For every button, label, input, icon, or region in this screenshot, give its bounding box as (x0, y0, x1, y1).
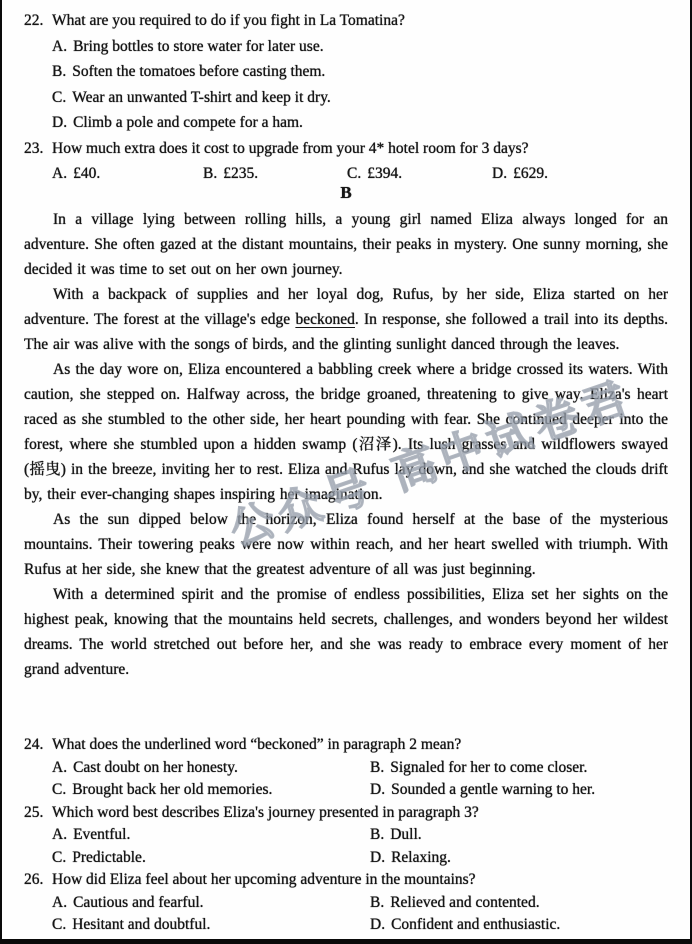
question-24: 24.What does the underlined word “beckon… (2, 734, 690, 802)
question-text: What does the underlined word “beckoned”… (52, 736, 461, 753)
question-number: 22. (24, 8, 52, 34)
option-text: Sounded a gentle warning to her. (391, 781, 595, 798)
bottom-questions: 24.What does the underlined word “beckon… (2, 734, 690, 937)
option-B: B.Dull. (370, 824, 422, 847)
passage-paragraph: As the sun dipped below the horizon, Eli… (24, 507, 668, 582)
option-A: A.Bring bottles to store water for later… (2, 34, 690, 60)
question-line: 22.What are you required to do if you fi… (2, 8, 690, 34)
option-label: C. (52, 781, 66, 798)
option-C: C.Hesitant and doubtful. (52, 914, 370, 937)
question-line: 26.How did Eliza feel about her upcoming… (2, 869, 690, 892)
question-number: 26. (24, 869, 52, 892)
options-row: C.Predictable.D.Relaxing. (2, 847, 690, 870)
passage-text: In a village lying between rolling hills… (24, 211, 668, 278)
option-text: Hesitant and doubtful. (72, 916, 210, 933)
passage-paragraph: With a determined spirit and the promise… (24, 582, 668, 682)
question-26: 26.How did Eliza feel about her upcoming… (2, 869, 690, 937)
option-label: B. (52, 63, 66, 80)
question-line: 25.Which word best describes Eliza's jou… (2, 802, 690, 825)
option-D: D.Climb a pole and compete for a ham. (2, 110, 690, 136)
option-text: Relaxing. (391, 849, 451, 866)
passage-paragraph: With a backpack of supplies and her loya… (24, 282, 668, 357)
option-C: C.Brought back her old memories. (52, 779, 370, 802)
question-text: What are you required to do if you fight… (52, 12, 405, 29)
option-text: Brought back her old memories. (72, 781, 272, 798)
option-C: C.Wear an unwanted T-shirt and keep it d… (2, 85, 690, 111)
option-text: Cautious and fearful. (73, 894, 203, 911)
options-row: A.Cast doubt on her honesty.B.Signaled f… (2, 757, 690, 780)
exam-page: 22.What are you required to do if you fi… (0, 0, 692, 944)
passage-paragraph: In a village lying between rolling hills… (24, 207, 668, 282)
reading-passage: In a village lying between rolling hills… (24, 207, 668, 735)
option-A: A.Eventful. (52, 824, 370, 847)
option-label: C. (52, 89, 66, 106)
option-label: B. (370, 826, 384, 843)
option-label: C. (52, 849, 66, 866)
option-label: C. (347, 165, 361, 182)
option-D: D.Relaxing. (370, 847, 451, 870)
option-text: Confident and enthusiastic. (391, 916, 560, 933)
question-25: 25.Which word best describes Eliza's jou… (2, 802, 690, 870)
option-label: A. (52, 759, 67, 776)
option-text: £235. (223, 165, 258, 182)
question-text: Which word best describes Eliza's journe… (52, 804, 479, 821)
option-label: B. (370, 894, 384, 911)
underlined-word: beckoned (295, 311, 354, 328)
option-label: C. (52, 916, 66, 933)
option-label: D. (370, 849, 385, 866)
question-number: 23. (24, 136, 52, 162)
question-line: 24.What does the underlined word “beckon… (2, 734, 690, 757)
option-label: A. (52, 826, 67, 843)
options-row: C.Brought back her old memories.D.Sounde… (2, 779, 690, 802)
option-text: Climb a pole and compete for a ham. (73, 114, 303, 131)
option-text: Dull. (390, 826, 421, 843)
section-b-heading: B (2, 182, 690, 204)
passage-text: With a determined spirit and the promise… (24, 586, 668, 678)
option-A: A.Cast doubt on her honesty. (52, 757, 370, 780)
question-23: 23.How much extra does it cost to upgrad… (2, 136, 690, 187)
option-text: Predictable. (72, 849, 146, 866)
option-text: £394. (367, 165, 402, 182)
option-label: D. (370, 916, 385, 933)
question-22: 22.What are you required to do if you fi… (2, 8, 690, 136)
question-text: How did Eliza feel about her upcoming ad… (52, 871, 476, 888)
option-label: B. (370, 759, 384, 776)
option-B: B.Signaled for her to come closer. (370, 757, 587, 780)
option-text: Cast doubt on her honesty. (73, 759, 238, 776)
option-text: £40. (73, 165, 100, 182)
option-label: D. (492, 165, 507, 182)
question-text: How much extra does it cost to upgrade f… (52, 140, 529, 157)
option-D: D.Confident and enthusiastic. (370, 914, 560, 937)
option-text: Soften the tomatoes before casting them. (72, 63, 325, 80)
passage-text: As the sun dipped below the horizon, Eli… (24, 511, 668, 578)
option-label: A. (52, 165, 67, 182)
page-bottom-rule (0, 939, 692, 944)
option-B: B.Soften the tomatoes before casting the… (2, 59, 690, 85)
option-text: Relieved and contented. (390, 894, 539, 911)
option-A: A.Cautious and fearful. (52, 892, 370, 915)
question-number: 24. (24, 734, 52, 757)
question-number: 25. (24, 802, 52, 825)
top-questions: 22.What are you required to do if you fi… (2, 8, 690, 187)
option-B: B.Relieved and contented. (370, 892, 540, 915)
passage-paragraph: As the day wore on, Eliza encountered a … (24, 357, 668, 507)
option-label: D. (52, 114, 67, 131)
option-text: £629. (513, 165, 548, 182)
option-D: D.Sounded a gentle warning to her. (370, 779, 595, 802)
option-label: A. (52, 38, 67, 55)
question-line: 23.How much extra does it cost to upgrad… (2, 136, 690, 162)
option-label: D. (370, 781, 385, 798)
option-text: Signaled for her to come closer. (390, 759, 587, 776)
option-text: Bring bottles to store water for later u… (73, 38, 324, 55)
options-row: C.Hesitant and doubtful.D.Confident and … (2, 914, 690, 937)
option-C: C.Predictable. (52, 847, 370, 870)
option-label: A. (52, 894, 67, 911)
options-row: A.Eventful.B.Dull. (2, 824, 690, 847)
option-text: Wear an unwanted T-shirt and keep it dry… (72, 89, 331, 106)
options-row: A.Cautious and fearful.B.Relieved and co… (2, 892, 690, 915)
option-text: Eventful. (73, 826, 130, 843)
passage-text: As the day wore on, Eliza encountered a … (24, 361, 668, 503)
option-label: B. (203, 165, 217, 182)
